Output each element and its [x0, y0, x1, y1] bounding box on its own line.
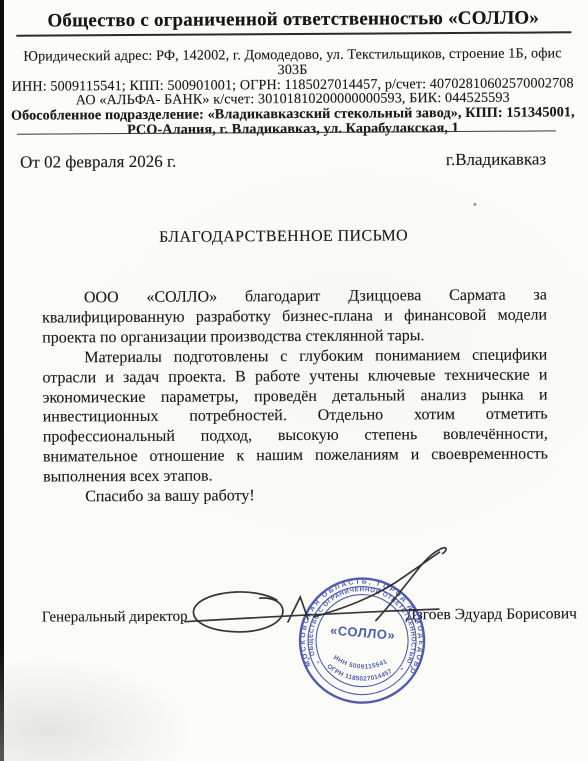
org-title: Общество с ограниченной ответственностью… — [18, 7, 568, 32]
header-address-block: Юридический адрес: РФ, 142002, г. Домоде… — [10, 46, 575, 138]
signature-flourish — [314, 552, 440, 617]
scan-speck-artifact — [473, 203, 476, 206]
page-content: Общество с ограниченной ответственностью… — [0, 0, 588, 761]
paragraph: Спасибо за вашу работу! — [43, 485, 548, 508]
date-city-row: От 02 февраля 2026 г. г.Владикавказ — [20, 149, 546, 172]
signer-position-label: Генеральный директор — [42, 609, 188, 627]
scan-edge-artifact — [0, 0, 4, 761]
scanned-letter-page: Общество с ограниченной ответственностью… — [0, 0, 588, 761]
address-line: Юридический адрес: РФ, 142002, г. Домоде… — [10, 46, 574, 79]
letter-date: От 02 февраля 2026 г. — [20, 152, 176, 173]
letter-title: БЛАГОДАРСТВЕННОЕ ПИСЬМО — [30, 227, 538, 248]
handwritten-signature — [171, 539, 462, 656]
stamp-separator-star: * — [316, 661, 320, 668]
signature-underline — [185, 609, 439, 622]
paragraph: Материалы подготовлены с глубоким понима… — [42, 345, 548, 487]
letter-body: ООО «СОЛЛО» благодарит Дзиццоева Сармата… — [42, 285, 548, 507]
paragraph: ООО «СОЛЛО» благодарит Дзиццоева Сармата… — [42, 285, 547, 348]
signature-loop — [193, 592, 283, 632]
signature-zigzag — [288, 597, 308, 622]
letter-city: г.Владикавказ — [446, 149, 546, 170]
stamp-separator-star: * — [400, 667, 404, 674]
